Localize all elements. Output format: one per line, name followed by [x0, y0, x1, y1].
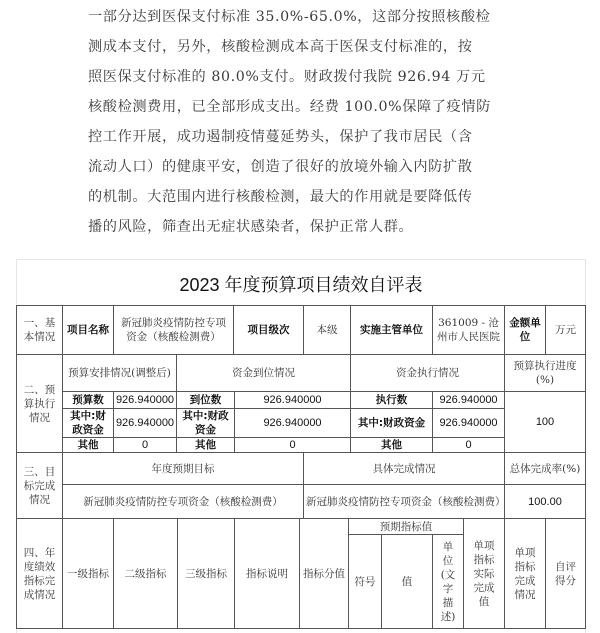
- goal-value: 新冠肺炎疫情防控专项资金（核酸检测费）: [62, 484, 304, 519]
- amount-unit-label: 金额单位: [504, 305, 546, 355]
- progress-value: 100: [504, 391, 586, 453]
- exec-other-label: 其他: [350, 437, 433, 453]
- dept-label: 实施主管单位: [350, 305, 433, 355]
- paragraph-line: 一部分达到医保支付标准 35.0%-65.0%，这部分按照核酸检: [88, 2, 428, 32]
- progress-header: 预算执行进度(%): [504, 354, 586, 392]
- paragraph-line: 核酸检测费用，已全部形成支出。经费 100.0%保障了疫情防: [88, 92, 428, 122]
- budget-total-label: 预算数: [62, 391, 114, 409]
- arrived-fiscal-value: 926.940000: [234, 408, 351, 438]
- col-level1: 一级指标: [62, 518, 114, 629]
- col-actual: 单项指标实际完成值: [463, 518, 505, 629]
- exec-header: 资金执行情况: [350, 354, 505, 392]
- budget-header: 预算安排情况(调整后): [62, 354, 177, 392]
- col-desc: 指标说明: [234, 518, 300, 629]
- done-value: 新冠肺炎疫情防控专项资金（核酸检测费）: [303, 484, 505, 519]
- col-score: 指标分值: [299, 518, 349, 629]
- col-level3: 三级指标: [177, 518, 235, 629]
- arrived-fiscal-label: 其中:财政资金: [176, 408, 235, 438]
- done-header: 具体完成情况: [303, 452, 505, 485]
- exec-fiscal-label: 其中:财政资金: [350, 408, 433, 438]
- paragraph-line: 流动人口）的健康平安，创造了很好的放境外输入内防扩散: [88, 152, 428, 182]
- col-level2: 二级指标: [113, 518, 178, 629]
- budget-other-value: 0: [113, 437, 177, 453]
- col-status: 单项指标完成情况: [504, 518, 546, 629]
- dept-value: 361009 - 沧州市人民医院: [432, 305, 505, 355]
- project-name-value: 新冠肺炎疫情防控专项资金（核酸检测费）: [113, 305, 234, 355]
- exec-label: 执行数: [350, 391, 433, 409]
- arrived-other-label: 其他: [176, 437, 235, 453]
- paragraph-line: 播的风险，筛查出无症状感染者，保护正常人群。: [88, 212, 428, 242]
- rate-value: 100.00: [504, 484, 586, 519]
- project-name-label: 项目名称: [62, 305, 114, 355]
- funds-header: 资金到位情况: [176, 354, 351, 392]
- col-expected: 预期指标值: [348, 518, 464, 535]
- budget-other-label: 其他: [62, 437, 114, 453]
- table-title: 2023 年度预算项目绩效自评表: [16, 262, 586, 308]
- col-value: 值: [381, 534, 433, 629]
- project-level-label: 项目级次: [233, 305, 304, 355]
- budget-total-value: 926.940000: [113, 391, 177, 409]
- exec-other-value: 0: [432, 437, 505, 453]
- body-paragraph: 一部分达到医保支付标准 35.0%-65.0%，这部分按照核酸检 测成本支付，另…: [88, 2, 428, 242]
- budget-fiscal-value: 926.940000: [113, 408, 177, 438]
- budget-fiscal-label: 其中:财政资金: [62, 408, 114, 438]
- project-level-value: 本级: [303, 305, 351, 355]
- arrived-label: 到位数: [176, 391, 235, 409]
- section3-label: 三、目标完成情况: [16, 452, 63, 519]
- col-symbol: 符号: [348, 534, 382, 629]
- amount-unit-value: 万元: [545, 305, 586, 355]
- paragraph-line: 控工作开展，成功遏制疫情蔓延势头，保护了我市居民（含: [88, 122, 428, 152]
- exec-fiscal-value: 926.940000: [432, 408, 505, 438]
- col-unit: 单位(文字描述): [432, 534, 464, 629]
- arrived-other-value: 0: [234, 437, 351, 453]
- col-self: 自评得分: [545, 518, 586, 629]
- rate-header: 总体完成率(%): [504, 452, 586, 485]
- section4-label: 四、年度绩效指标完成情况: [16, 518, 63, 629]
- paragraph-line: 测成本支付，另外，核酸检测成本高于医保支付标准的，按: [88, 32, 428, 62]
- arrived-value: 926.940000: [234, 391, 351, 409]
- goal-header: 年度预期目标: [62, 452, 304, 485]
- section1-label: 一、基本情况: [16, 305, 63, 355]
- paragraph-line: 的机制。大范围内进行核酸检测，最大的作用就是要降低传: [88, 182, 428, 212]
- exec-value: 926.940000: [432, 391, 505, 409]
- paragraph-line: 照医保支付标准的 80.0%支付。财政拨付我院 926.94 万元: [88, 62, 428, 92]
- section2-label: 二、预算执行情况: [16, 354, 63, 453]
